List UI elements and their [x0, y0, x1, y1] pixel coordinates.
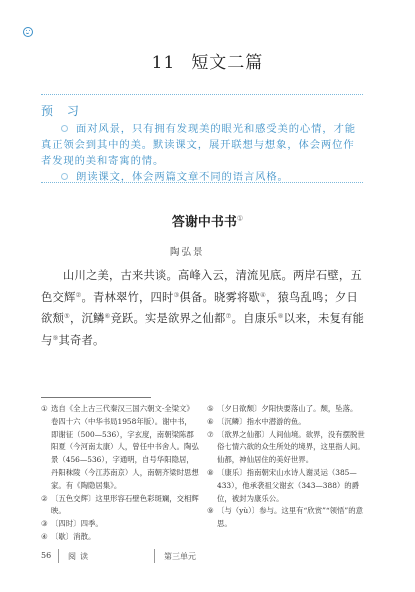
preview-heading: 预 习	[41, 103, 363, 119]
footnote-mark: ⑤	[207, 403, 217, 416]
essay-title: 答谢中书书①	[0, 211, 415, 230]
footer-section: 阅读	[68, 551, 92, 562]
footnote-mark: ⑥	[207, 416, 217, 429]
body-segment: 竞跃。实是欲界之仙都	[111, 312, 226, 325]
footnote-ref[interactable]: ①	[237, 215, 243, 223]
footnotes-right: ⑤〔夕日欲颓〕夕阳快要落山了。颓，坠落。 ⑥〔沉鳞〕指水中潜游的鱼。 ⑦〔欲界之…	[207, 403, 370, 531]
body-segment: 。自康乐	[232, 312, 278, 325]
lesson-number: 11	[152, 53, 176, 73]
footnote: ⑦〔欲界之仙都〕人间仙境。欲界，没有摆脱世俗七情六欲的众生所处的境界，这里指人间…	[207, 429, 370, 467]
footnote-text: 〔欲界之仙都〕人间仙境。欲界，没有摆脱世俗七情六欲的众生所处的境界，这里指人间。…	[217, 430, 365, 465]
bullet-icon	[61, 173, 68, 180]
preview-item-text: 面对风景，只有拥有发现美的眼光和感受美的心情，才能真正领会到其中的美。默读课文，…	[41, 123, 356, 167]
footnote: ③〔四时〕四季。	[41, 518, 199, 531]
footnote-text: 〔五色交辉〕这里形容石壁色彩斑斓，交相辉映。	[51, 494, 199, 516]
lesson-title: 11短文二篇	[0, 48, 415, 73]
page-footer: 56 阅读 第三单元	[41, 551, 371, 565]
body-segment: 俱备。晓雾将歇	[180, 291, 260, 304]
footnote-mark: ⑦	[207, 429, 217, 442]
bullet-icon	[61, 125, 68, 132]
footnote-rule	[41, 397, 151, 398]
footnotes-left: ①选自《全上古三代秦汉三国六朝文·全梁文》卷四十六（中华书局1958年版）。谢中…	[41, 403, 199, 544]
preview-item: 面对风景，只有拥有发现美的眼光和感受美的心情，才能真正领会到其中的美。默读课文，…	[41, 121, 363, 169]
essay-body: 山川之美，古来共谈。高峰入云，清流见底。两岸石壁，五色交辉②。青林翠竹，四时③俱…	[41, 266, 366, 350]
preview-divider-top	[41, 94, 363, 95]
essay-title-text: 答谢中书书	[172, 215, 237, 230]
footnote-mark: ①	[41, 403, 51, 416]
footnote: ⑨〔与（yù）〕参与。这里有“欣赏”“领悟”的意思。	[207, 505, 370, 531]
body-segment: 其奇者。	[59, 334, 105, 347]
footnote-mark: ③	[41, 518, 51, 531]
footer-divider	[154, 549, 155, 563]
footnote-mark: ⑨	[207, 505, 217, 518]
footnote: ①选自《全上古三代秦汉三国六朝文·全梁文》卷四十六（中华书局1958年版）。谢中…	[41, 403, 199, 493]
footnote-text: 〔歇〕消散。	[51, 532, 95, 541]
footnote-text: 〔四时〕四季。	[51, 519, 103, 528]
footnote-mark: ②	[41, 493, 51, 506]
footnote-text: 〔夕日欲颓〕夕阳快要落山了。颓，坠落。	[217, 404, 357, 413]
footnote-text: 选自《全上古三代秦汉三国六朝文·全梁文》卷四十六（中华书局1958年版）。谢中书…	[51, 404, 199, 490]
preview-divider-bottom	[41, 182, 363, 183]
body-segment: ，沉鳞	[70, 312, 105, 325]
page-number: 56	[41, 551, 51, 560]
smiley-icon	[23, 27, 33, 37]
essay-author: 陶弘景	[170, 244, 205, 258]
footnote: ⑤〔夕日欲颓〕夕阳快要落山了。颓，坠落。	[207, 403, 370, 416]
footnote-text: 〔与（yù）〕参与。这里有“欣赏”“领悟”的意思。	[217, 506, 363, 528]
lesson-title-text: 短文二篇	[191, 53, 263, 73]
footnote-text: 〔康乐〕指南朝宋山水诗人谢灵运（385—433），他承袭祖父谢玄（343—388…	[217, 468, 359, 503]
body-segment: 。青林翠竹，四时	[82, 291, 174, 304]
footnote: ⑧〔康乐〕指南朝宋山水诗人谢灵运（385—433），他承袭祖父谢玄（343—38…	[207, 467, 370, 505]
footnote-text: 〔沉鳞〕指水中潜游的鱼。	[217, 417, 306, 426]
footnote-mark: ④	[41, 531, 51, 544]
footnote-mark: ⑧	[207, 467, 217, 480]
footnote: ⑥〔沉鳞〕指水中潜游的鱼。	[207, 416, 370, 429]
preview-box: 预 习 面对风景，只有拥有发现美的眼光和感受美的心情，才能真正领会到其中的美。默…	[41, 103, 363, 185]
footnote: ④〔歇〕消散。	[41, 531, 199, 544]
footnote: ②〔五色交辉〕这里形容石壁色彩斑斓，交相辉映。	[41, 493, 199, 519]
footer-divider	[58, 549, 59, 563]
footer-unit: 第三单元	[164, 551, 196, 562]
